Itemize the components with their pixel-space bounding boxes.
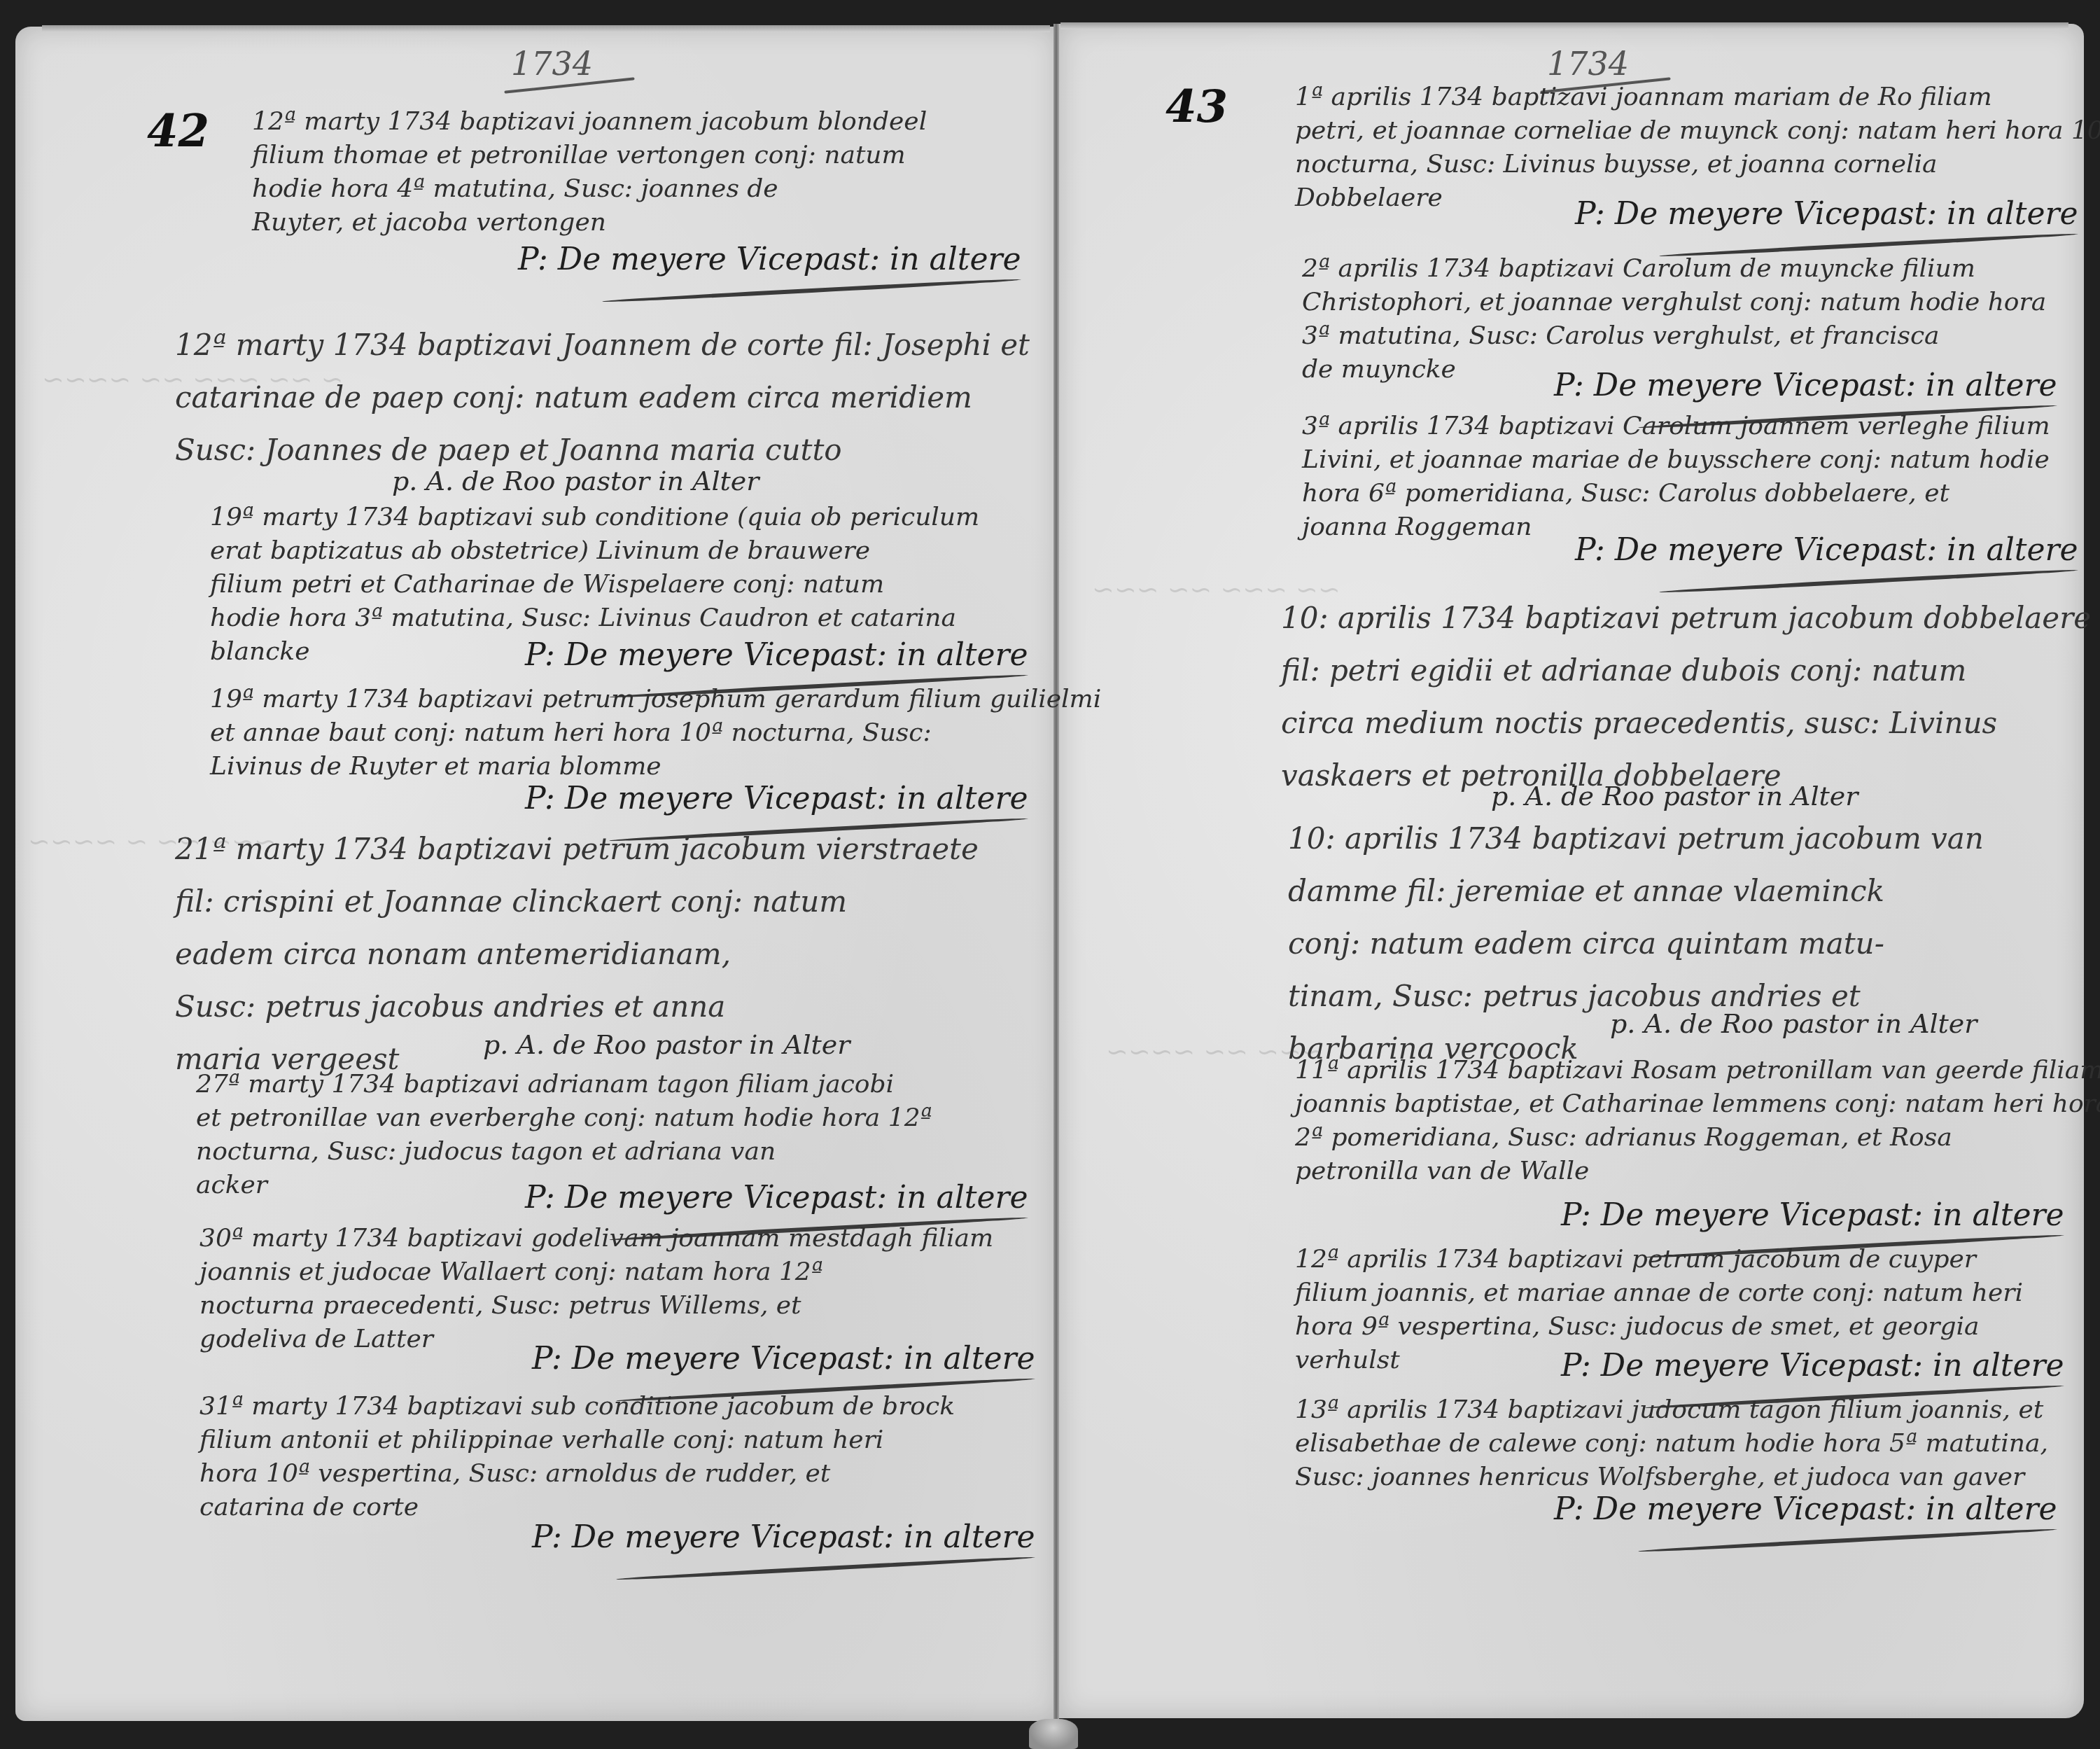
entry-line: 30ª marty 1734 baptizavi godelivam joann… — [199, 1222, 993, 1255]
vicar-signature: P: De meyere Vicepast: in altere — [525, 781, 1028, 816]
entry-line: nocturna, Susc: Livinus buysse, et joann… — [1295, 148, 2100, 181]
entry-line: catarinae de paep conj: natum eadem circ… — [175, 371, 1030, 424]
entry-line: hora 9ª vespertina, Susc: judocus de sme… — [1295, 1310, 2023, 1344]
entry-line: 21ª marty 1734 baptizavi petrum jacobum … — [175, 823, 979, 875]
entry-line: 12ª marty 1734 baptizavi joannem jacobum… — [252, 105, 927, 139]
entry-line: fil: petri egidii et adrianae dubois con… — [1281, 644, 2091, 697]
entry-line: 2ª aprilis 1734 baptizavi Carolum de muy… — [1302, 252, 2046, 286]
entry-line: 11ª aprilis 1734 baptizavi Rosam petroni… — [1295, 1054, 2100, 1087]
baptism-entry: 2ª aprilis 1734 baptizavi Carolum de muy… — [1302, 252, 2046, 386]
entry-line: 19ª marty 1734 baptizavi petrum josephum… — [210, 683, 1101, 716]
vicar-signature: P: De meyere Vicepast: in altere — [518, 242, 1021, 277]
entry-line: 13ª aprilis 1734 baptizavi judocum tagon… — [1295, 1393, 2048, 1427]
entry-line: 12ª marty 1734 baptizavi Joannem de cort… — [175, 319, 1030, 371]
entry-line: Ruyter, et jacoba vertongen — [252, 206, 927, 239]
entry-line: damme fil: jeremiae et annae vlaeminck — [1288, 865, 1984, 917]
scanned-register-spread: ~ ~~ ~~~ ~~ ~~~~ ~~~ ~~ ~ ~~~~ ~~ ~~~ ~~… — [0, 0, 2100, 1749]
baptism-entry: 12ª marty 1734 baptizavi Joannem de cort… — [175, 319, 1030, 476]
entry-line: Susc: joannes henricus Wolfsberghe, et j… — [1295, 1461, 2048, 1494]
entry-line: Livini, et joannae mariae de buysschere … — [1302, 443, 2050, 477]
entry-line: Livinus de Ruyter et maria blomme — [210, 750, 1101, 783]
entry-line: petronilla van de Walle — [1295, 1155, 2100, 1188]
baptism-entry: 13ª aprilis 1734 baptizavi judocum tagon… — [1295, 1393, 2048, 1494]
entry-line: petri, et joannae corneliae de muynck co… — [1295, 114, 2100, 148]
entry-line: 12ª aprilis 1734 baptizavi petrum jacobu… — [1295, 1243, 2023, 1276]
left-page-top-edge — [42, 25, 1050, 32]
entry-line: 31ª marty 1734 baptizavi sub conditione … — [199, 1390, 955, 1423]
entry-line: hodie hora 3ª matutina, Susc: Livinus Ca… — [210, 601, 979, 635]
pastor-signature: p. A. de Roo pastor in Alter — [392, 466, 759, 496]
entry-line: 19ª marty 1734 baptizavi sub conditione … — [210, 501, 979, 534]
pastor-signature: p. A. de Roo pastor in Alter — [1610, 1008, 1977, 1039]
entry-line: filium petri et Catharinae de Wispelaere… — [210, 568, 979, 601]
entry-line: Christophori, et joannae verghulst conj:… — [1302, 286, 2046, 319]
folio-number: 42 — [147, 105, 209, 158]
baptism-entry: 30ª marty 1734 baptizavi godelivam joann… — [199, 1222, 993, 1356]
vicar-signature: P: De meyere Vicepast: in altere — [1561, 1348, 2064, 1384]
entry-line: fil: crispini et Joannae clinckaert conj… — [175, 875, 979, 928]
baptism-entry: 11ª aprilis 1734 baptizavi Rosam petroni… — [1295, 1054, 2100, 1188]
entry-line: eadem circa nonam antemeridianam, — [175, 928, 979, 980]
baptism-entry: 31ª marty 1734 baptizavi sub conditione … — [199, 1390, 955, 1524]
pastor-signature: p. A. de Roo pastor in Alter — [483, 1029, 850, 1060]
entry-line: filium joannis, et mariae annae de corte… — [1295, 1276, 2023, 1310]
entry-line: joannis baptistae, et Catharinae lemmens… — [1295, 1087, 2100, 1121]
entry-line: et annae baut conj: natum heri hora 10ª … — [210, 716, 1101, 750]
vicar-signature: P: De meyere Vicepast: in altere — [532, 1519, 1035, 1555]
binding-thread — [1029, 1719, 1078, 1749]
entry-line: nocturna, Susc: judocus tagon et adriana… — [196, 1135, 932, 1169]
baptism-entry: 12ª marty 1734 baptizavi joannem jacobum… — [252, 105, 927, 239]
entry-line: circa medium noctis praecedentis, susc: … — [1281, 697, 2091, 749]
baptism-entry: 10: aprilis 1734 baptizavi petrum jacobu… — [1281, 592, 2091, 802]
entry-line: 27ª marty 1734 baptizavi adrianam tagon … — [196, 1068, 932, 1101]
vicar-signature: P: De meyere Vicepast: in altere — [1554, 368, 2057, 403]
entry-line: hodie hora 4ª matutina, Susc: joannes de — [252, 172, 927, 206]
baptism-entry: 19ª marty 1734 baptizavi petrum josephum… — [210, 683, 1101, 783]
book-gutter — [1053, 24, 1059, 1722]
year-header: 1734 — [1547, 45, 1629, 83]
entry-line: hora 10ª vespertina, Susc: arnoldus de r… — [199, 1457, 955, 1491]
entry-line: 10: aprilis 1734 baptizavi petrum jacobu… — [1281, 592, 2091, 644]
vicar-signature: P: De meyere Vicepast: in altere — [1561, 1197, 2064, 1233]
year-header: 1734 — [511, 45, 593, 83]
right-page-top-edge — [1060, 22, 2068, 29]
entry-line: hora 6ª pomeridiana, Susc: Carolus dobbe… — [1302, 477, 2050, 510]
entry-line: 3ª matutina, Susc: Carolus verghulst, et… — [1302, 319, 2046, 353]
folio-number: 43 — [1165, 81, 1228, 133]
entry-line: et petronillae van everberghe conj: natu… — [196, 1101, 932, 1135]
entry-line: 3ª aprilis 1734 baptizavi Carolum joanne… — [1302, 410, 2050, 443]
entry-line: 1ª aprilis 1734 baptizavi joannam mariam… — [1295, 81, 2100, 114]
baptism-entry: 3ª aprilis 1734 baptizavi Carolum joanne… — [1302, 410, 2050, 544]
entry-line: filium thomae et petronillae vertongen c… — [252, 139, 927, 172]
vicar-signature: P: De meyere Vicepast: in altere — [1554, 1491, 2057, 1527]
vicar-signature: P: De meyere Vicepast: in altere — [1575, 196, 2078, 232]
vicar-signature: P: De meyere Vicepast: in altere — [525, 637, 1028, 673]
entry-line: 2ª pomeridiana, Susc: adrianus Roggeman,… — [1295, 1121, 2100, 1155]
entry-line: joannis et judocae Wallaert conj: natam … — [199, 1255, 993, 1289]
entry-line: nocturna praecedenti, Susc: petrus Wille… — [199, 1289, 993, 1323]
vicar-signature: P: De meyere Vicepast: in altere — [532, 1341, 1035, 1377]
entry-line: conj: natum eadem circa quintam matu- — [1288, 917, 1984, 970]
entry-line: 10: aprilis 1734 baptizavi petrum jacobu… — [1288, 812, 1984, 865]
entry-line: filium antonii et philippinae verhalle c… — [199, 1423, 955, 1457]
entry-line: Susc: petrus jacobus andries et anna — [175, 980, 979, 1033]
vicar-signature: P: De meyere Vicepast: in altere — [1575, 532, 2078, 568]
entry-line: erat baptizatus ab obstetrice) Livinum d… — [210, 534, 979, 568]
baptism-entry: 1ª aprilis 1734 baptizavi joannam mariam… — [1295, 81, 2100, 215]
entry-line: elisabethae de calewe conj: natum hodie … — [1295, 1427, 2048, 1461]
pastor-signature: p. A. de Roo pastor in Alter — [1491, 781, 1858, 811]
vicar-signature: P: De meyere Vicepast: in altere — [525, 1180, 1028, 1215]
